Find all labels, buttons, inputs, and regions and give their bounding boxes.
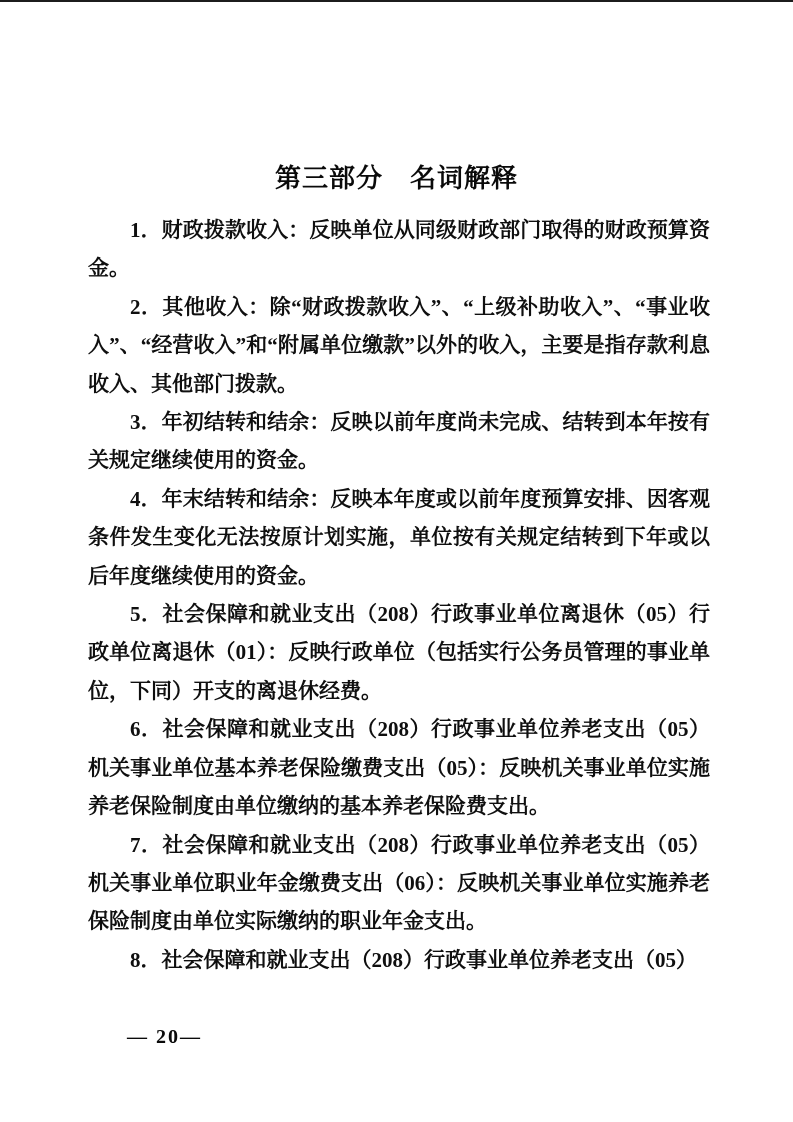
scan-edge-line xyxy=(0,0,793,2)
glossary-paragraph: 5．社会保障和就业支出（208）行政事业单位离退休（05）行政单位离退休（01）… xyxy=(88,595,710,710)
page-number: — 20— xyxy=(127,1026,202,1049)
glossary-body: 1．财政拨款收入：反映单位从同级财政部门取得的财政预算资金。 2．其他收入：除“… xyxy=(88,211,710,979)
glossary-paragraph: 3．年初结转和结余：反映以前年度尚未完成、结转到本年按有关规定继续使用的资金。 xyxy=(88,403,710,480)
glossary-paragraph: 8．社会保障和就业支出（208）行政事业单位养老支出（05） xyxy=(88,941,710,979)
glossary-paragraph: 7．社会保障和就业支出（208）行政事业单位养老支出（05）机关事业单位职业年金… xyxy=(88,826,710,941)
glossary-paragraph: 1．财政拨款收入：反映单位从同级财政部门取得的财政预算资金。 xyxy=(88,211,710,288)
glossary-paragraph: 4．年末结转和结余：反映本年度或以前年度预算安排、因客观条件发生变化无法按原计划… xyxy=(88,480,710,595)
page-title: 第三部分 名词解释 xyxy=(0,158,793,195)
glossary-paragraph: 6．社会保障和就业支出（208）行政事业单位养老支出（05）机关事业单位基本养老… xyxy=(88,710,710,825)
glossary-paragraph: 2．其他收入：除“财政拨款收入”、“上级补助收入”、“事业收入”、“经营收入”和… xyxy=(88,288,710,403)
document-page: 第三部分 名词解释 1．财政拨款收入：反映单位从同级财政部门取得的财政预算资金。… xyxy=(0,0,793,1122)
